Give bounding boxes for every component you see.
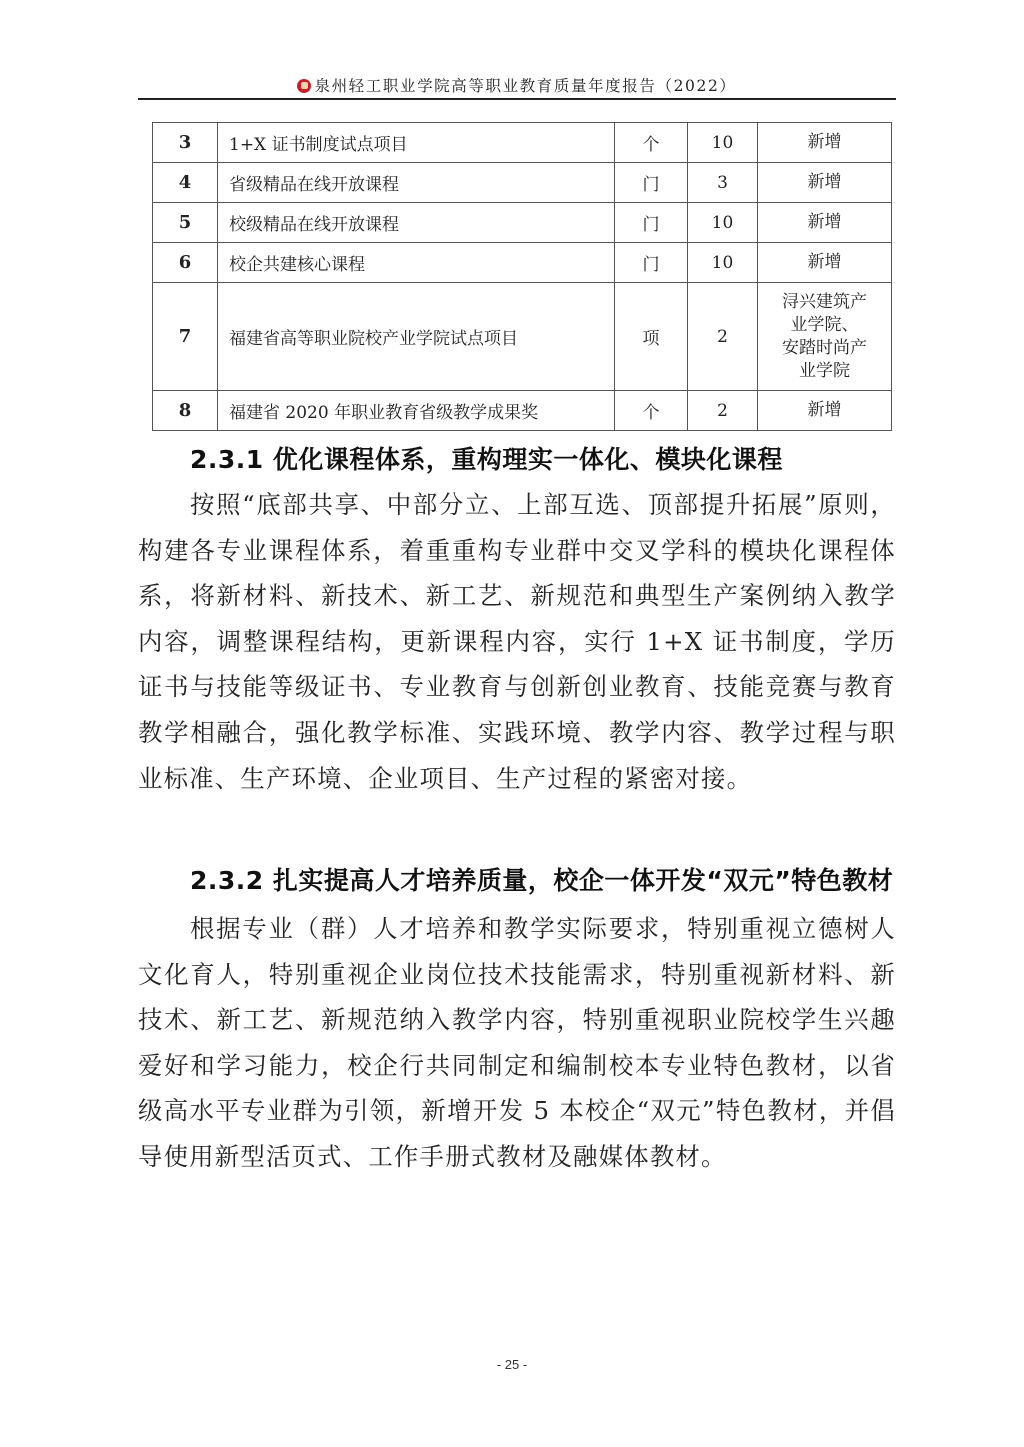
item-count: 3 bbox=[688, 163, 758, 203]
item-count: 2 bbox=[688, 283, 758, 391]
section-heading: 2.3.2 扎实提高人才培养质量，校企一体开发“双元”特色教材 bbox=[138, 855, 896, 906]
row-number: 6 bbox=[153, 243, 218, 283]
item-count: 10 bbox=[688, 123, 758, 163]
section-2-3-1: 2.3.1 优化课程体系，重构理实一体化、模块化课程 按照“底部共享、中部分立、… bbox=[138, 437, 896, 801]
note-line: 安踏时尚产 bbox=[758, 337, 891, 360]
school-emblem-icon bbox=[297, 79, 311, 93]
note-line: 业学院 bbox=[758, 360, 891, 383]
item-note: 新增 bbox=[758, 243, 892, 283]
table-row: 6 校企共建核心课程 门 10 新增 bbox=[153, 243, 892, 283]
row-number: 4 bbox=[153, 163, 218, 203]
section-2-3-2: 2.3.2 扎实提高人才培养质量，校企一体开发“双元”特色教材 根据专业（群）人… bbox=[138, 855, 896, 1180]
table-row: 3 1+X 证书制度试点项目 个 10 新增 bbox=[153, 123, 892, 163]
item-note: 新增 bbox=[758, 123, 892, 163]
item-unit: 门 bbox=[615, 203, 688, 243]
item-name: 1+X 证书制度试点项目 bbox=[218, 123, 615, 163]
item-unit: 个 bbox=[615, 391, 688, 431]
section-heading: 2.3.1 优化课程体系，重构理实一体化、模块化课程 bbox=[138, 437, 896, 482]
note-line: 浔兴建筑产 bbox=[758, 291, 891, 314]
item-note: 新增 bbox=[758, 203, 892, 243]
table-row: 8 福建省 2020 年职业教育省级教学成果奖 个 2 新增 bbox=[153, 391, 892, 431]
item-count: 10 bbox=[688, 203, 758, 243]
section-body: 按照“底部共享、中部分立、上部互选、顶部提升拓展”原则，构建各专业课程体系，着重… bbox=[138, 482, 896, 801]
item-unit: 个 bbox=[615, 123, 688, 163]
item-unit: 门 bbox=[615, 243, 688, 283]
page-number: - 25 - bbox=[0, 1357, 1024, 1372]
row-number: 5 bbox=[153, 203, 218, 243]
item-note: 新增 bbox=[758, 163, 892, 203]
item-name: 校企共建核心课程 bbox=[218, 243, 615, 283]
row-number: 7 bbox=[153, 283, 218, 391]
item-name: 福建省高等职业院校产业学院试点项目 bbox=[218, 283, 615, 391]
table-row: 4 省级精品在线开放课程 门 3 新增 bbox=[153, 163, 892, 203]
item-name: 校级精品在线开放课程 bbox=[218, 203, 615, 243]
note-line: 业学院、 bbox=[758, 314, 891, 337]
item-unit: 项 bbox=[615, 283, 688, 391]
item-name: 省级精品在线开放课程 bbox=[218, 163, 615, 203]
item-name: 福建省 2020 年职业教育省级教学成果奖 bbox=[218, 391, 615, 431]
row-number: 3 bbox=[153, 123, 218, 163]
table-row: 5 校级精品在线开放课程 门 10 新增 bbox=[153, 203, 892, 243]
item-unit: 门 bbox=[615, 163, 688, 203]
item-count: 2 bbox=[688, 391, 758, 431]
page-header: 泉州轻工职业学院高等职业教育质量年度报告（2022） bbox=[138, 74, 896, 100]
item-note: 浔兴建筑产 业学院、 安踏时尚产 业学院 bbox=[758, 283, 892, 391]
report-title: 泉州轻工职业学院高等职业教育质量年度报告（2022） bbox=[314, 75, 736, 97]
item-count: 10 bbox=[688, 243, 758, 283]
row-number: 8 bbox=[153, 391, 218, 431]
section-body: 根据专业（群）人才培养和教学实际要求，特别重视立德树人文化育人，特别重视企业岗位… bbox=[138, 906, 896, 1180]
table-row: 7 福建省高等职业院校产业学院试点项目 项 2 浔兴建筑产 业学院、 安踏时尚产… bbox=[153, 283, 892, 391]
achievements-table: 3 1+X 证书制度试点项目 个 10 新增 4 省级精品在线开放课程 门 3 … bbox=[152, 122, 892, 431]
item-note: 新增 bbox=[758, 391, 892, 431]
